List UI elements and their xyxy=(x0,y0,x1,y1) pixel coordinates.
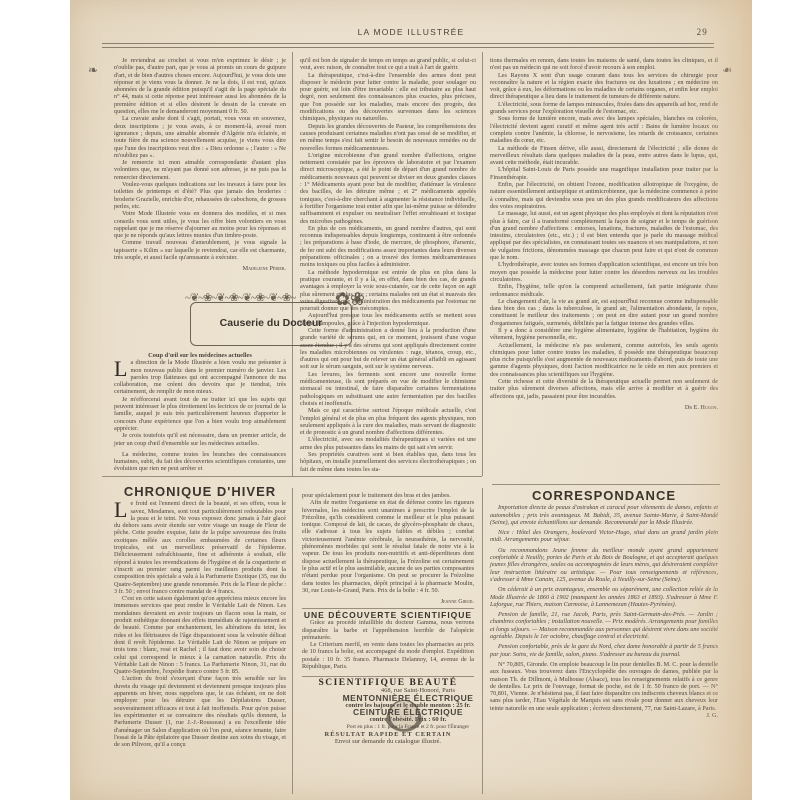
section-rule xyxy=(492,484,720,485)
paragraph: Je reviendrai au crochet si vous m'en ex… xyxy=(114,57,286,115)
section-rule xyxy=(302,676,474,677)
paragraph: Afin de mettre l'organisme en état de dé… xyxy=(302,499,474,594)
advertisement: SCIENTIFIQUE BEAUTÉ 468, rue Saint-Honor… xyxy=(302,680,474,746)
paragraph: La méthode de Finsen dérive, elle aussi,… xyxy=(490,145,718,167)
paragraph: Importation directe de peaux d'astrakan … xyxy=(490,504,718,526)
paragraph: N° 70,805, Gironde. On emploie beaucoup … xyxy=(490,661,718,712)
paragraph: Pension confortable, près de la gare du … xyxy=(490,643,718,658)
paragraph: Depuis les grandes découvertes de Pasteu… xyxy=(300,123,476,152)
paragraph: La thérapeutique, c'est-à-dire l'ensembl… xyxy=(300,72,476,123)
ad-brand: SCIENTIFIQUE BEAUTÉ xyxy=(302,680,474,687)
paragraph: Je remercie ici mon aimable correspondan… xyxy=(114,159,286,181)
correspondance-column: CORRESPONDANCE Importation directe de pe… xyxy=(490,490,718,719)
ad-shipping: Port en plus : 1 fr. pour la France et 2… xyxy=(302,724,474,731)
ad-product-2: CEINTURE ÉLECTRIQUE xyxy=(302,709,474,716)
paragraph: tions thermales en renom, dans toutes le… xyxy=(490,57,718,72)
paragraph: L'hydrothérapie, avec toutes ses formes … xyxy=(490,261,718,283)
column-rule xyxy=(292,488,293,794)
paragraph: Enfin, par l'électricité, on obtient l'o… xyxy=(490,181,718,210)
paragraph: Ses propriétés curatives sont si bien ét… xyxy=(300,451,476,473)
paragraph: Votre Mode Illustrée vous en donnera des… xyxy=(114,210,286,239)
signature: Madeleine Périer. xyxy=(114,265,286,272)
column-rule xyxy=(292,52,293,476)
causerie-column-1: Coup d'œil sur les médecines actuelles L… xyxy=(114,352,286,473)
paragraph: On céderait à un prix avantageux, ensemb… xyxy=(490,586,718,608)
paragraph: Comme travail nouveau d'ameublement, je … xyxy=(114,239,286,261)
paragraph: La cravate arabe dont il s'agit, portait… xyxy=(114,115,286,159)
paragraph: L'origine microbienne d'un grand nombre … xyxy=(300,152,476,225)
paragraph: Aujourd'hui presque tous les médicaments… xyxy=(300,312,476,327)
paragraph: Le changement d'air, la vie au grand air… xyxy=(490,298,718,327)
paragraph: Voulez-vous quelques indications sur les… xyxy=(114,181,286,210)
page-number: 29 xyxy=(697,27,708,37)
paragraph: L'électricité, avec ses modalités thérap… xyxy=(300,436,476,451)
paragraph: Cette forme d'administration a donné lie… xyxy=(300,327,476,371)
paragraph: Je crois toutefois qu'il est nécessaire,… xyxy=(114,432,286,447)
dropcap: L xyxy=(114,501,127,519)
paragraph: La médecine, comme toutes les branches d… xyxy=(114,451,286,473)
paragraph: Grâce au procédé infaillible du docteur … xyxy=(302,619,474,641)
paragraph: Enfin, l'hygiène, telle qu'on la compren… xyxy=(490,283,718,298)
section-rule xyxy=(302,608,474,609)
paragraph: Mais ce qui caractérise surtout l'époque… xyxy=(300,407,476,436)
ad-product-2-desc: contre l'obésité. Prix : 60 fr. xyxy=(302,716,474,723)
paragraph: qu'il est bon de signaler de temps en te… xyxy=(300,57,476,72)
column-rule xyxy=(482,52,483,476)
paragraph: Ou recommandons Jeune femme du meilleur … xyxy=(490,547,718,583)
column-1-top: Je reviendrai au crochet si vous m'en ex… xyxy=(114,57,286,273)
paragraph: Les levures, les ferments sont encore un… xyxy=(300,371,476,407)
paragraph: e froid est l'ennemi direct de la beauté… xyxy=(114,500,286,595)
header-rule xyxy=(102,43,714,48)
dropcap: L xyxy=(114,360,127,378)
causerie-column-3: tions thermales en renom, dans toutes le… xyxy=(490,57,718,479)
paragraph: a direction de la Mode Illustrée a bien … xyxy=(114,359,286,395)
decouverte-section: UNE DÉCOUVERTE SCIENTIFIQUE Grâce au pro… xyxy=(302,612,474,670)
publication-title: LA MODE ILLUSTRÉE xyxy=(70,27,752,37)
paragraph: L'électricité, sous forme de lampes minu… xyxy=(490,101,718,116)
paragraph: L'action du froid s'exerçant d'une façon… xyxy=(114,675,286,748)
correspondance-title: CORRESPONDANCE xyxy=(490,492,718,499)
signature: Dr E. Hugon. xyxy=(490,404,718,411)
signature: J. G. xyxy=(490,712,718,719)
paragraph: Je m'efforcerai avant tout de ne traiter… xyxy=(114,396,286,432)
running-head: ❧ LA MODE ILLUSTRÉE 29 ❧ xyxy=(70,27,752,41)
ad-slogan: RÉSULTAT RAPIDE ET CERTAIN xyxy=(302,731,474,738)
chronique-title: CHRONIQUE D'HIVER xyxy=(114,488,286,495)
causerie-column-2: qu'il est bon de signaler de temps en te… xyxy=(300,57,476,475)
paragraph: Le massage, lui aussi, est un agent phys… xyxy=(490,210,718,261)
paragraph: Nice : Hôtel des Orangers, boulevard Vic… xyxy=(490,529,718,544)
paragraph: La méthode hypodermique est entrée de pl… xyxy=(300,269,476,313)
chronique-column-1: CHRONIQUE D'HIVER Le froid est l'ennemi … xyxy=(114,486,286,786)
flourish-left-icon: ❧ xyxy=(88,63,99,77)
chronique-column-2: pour spécialement pour le traitement des… xyxy=(302,492,474,605)
paragraph: Actuellement, la médecine n'a pas seulem… xyxy=(490,342,718,378)
paragraph: Le Criterium merfil, en vente dans toute… xyxy=(302,641,474,670)
paragraph: En plus de ces médicaments, un grand nom… xyxy=(300,225,476,269)
flourish-right-icon: ❧ xyxy=(721,63,732,77)
paragraph: C'est en cette saison également qu'on ap… xyxy=(114,595,286,675)
newspaper-page: ❧ LA MODE ILLUSTRÉE 29 ❧ Je reviendrai a… xyxy=(70,0,752,800)
ad-product-1: MENTONNIÈRE ÉLECTRIQUE xyxy=(302,695,474,702)
paragraph: pour spécialement pour le traitement des… xyxy=(302,492,474,499)
ad-catalog: Envoi sur demande du catalogue illustré. xyxy=(302,738,474,745)
paragraph: Cette richesse et cette diversité de la … xyxy=(490,378,718,400)
paragraph: Pension de famille, 21, rue Jacob, Paris… xyxy=(490,611,718,640)
signature: Jeanne Girod. xyxy=(302,598,474,605)
section-rule xyxy=(102,476,482,477)
decouverte-title: UNE DÉCOUVERTE SCIENTIFIQUE xyxy=(302,612,474,619)
paragraph: L'hôpital Saint-Louis de Paris possède u… xyxy=(490,166,718,181)
column-rule xyxy=(482,488,483,794)
paragraph: Les Rayons X sont d'un usage courant dan… xyxy=(490,72,718,101)
paragraph: Sous forme de lumière encore, mais avec … xyxy=(490,115,718,144)
paragraph: Il y a donc à considérer une hygiène ali… xyxy=(490,327,718,342)
